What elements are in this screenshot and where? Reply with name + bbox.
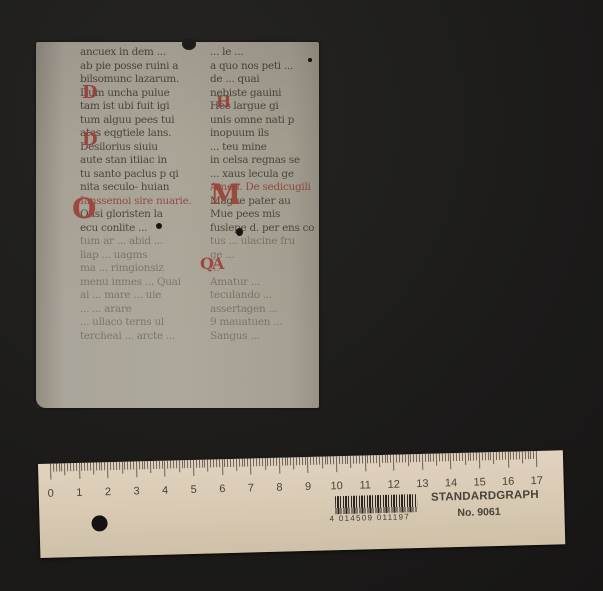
ruler-tick [204, 460, 205, 468]
ruler-tick [156, 461, 157, 469]
red-initial-h: H [216, 92, 231, 111]
ruler-tick [290, 457, 291, 465]
manuscript-line: Dum uncha pulue [80, 87, 192, 101]
ruler-tick [93, 463, 94, 475]
ruler-tick [150, 461, 151, 473]
ruler-tick [293, 457, 294, 469]
ruler-tick [393, 455, 394, 471]
ruler-tick [510, 452, 511, 460]
ruler-tick [161, 461, 162, 469]
ruler-tick [402, 454, 403, 462]
ruler-tick [362, 455, 363, 463]
ruler-tick [184, 460, 185, 468]
red-initial-d: D [82, 129, 98, 150]
ruler-tick [322, 457, 323, 469]
manuscript-line: ancuex in dem ... [80, 46, 192, 60]
ruler-tick [187, 460, 188, 468]
ruler-tick [59, 463, 60, 471]
ruler-tick [453, 453, 454, 461]
ruler-tick [330, 456, 331, 464]
manuscript-line: nita seculo- huian [80, 181, 192, 195]
ruler-tick [310, 457, 311, 465]
ruler-tick [533, 451, 534, 459]
manuscript-line: Desilorius siuiu [80, 141, 192, 155]
ruler-label: 11 [359, 479, 371, 491]
ruler-tick [256, 458, 257, 466]
ruler-tick [133, 461, 134, 469]
manuscript-line: 9 mauatuen ... [210, 316, 314, 330]
ruler-tick [473, 453, 474, 461]
manuscript-line: teculando ... [210, 289, 314, 303]
ruler-tick [359, 456, 360, 464]
manuscript-line: ... [210, 262, 314, 276]
ruler-tick [141, 461, 142, 469]
ruler-tick [130, 462, 131, 470]
ruler-tick [487, 452, 488, 460]
ruler-label: 1 [76, 487, 82, 499]
barcode-number: 4 014509 011197 [329, 512, 410, 523]
ruler-tick [127, 462, 128, 470]
ruler-tick [347, 456, 348, 464]
manuscript-line: ai ... mare ... uie [80, 289, 192, 303]
ruler-tick [90, 463, 91, 471]
ruler-tick [227, 459, 228, 467]
ruler-tick [193, 460, 194, 476]
ruler-tick [450, 453, 451, 469]
ruler-tick [147, 461, 148, 469]
manuscript-leaf: ancuex in dem ...ab pie posse ruini abil… [36, 42, 319, 408]
ruler-label: 17 [531, 475, 544, 487]
manuscript-line: tum alguu pees tui [80, 114, 192, 128]
red-initial-q: Q [200, 254, 214, 273]
manuscript-line: in celsa regnas se [210, 154, 314, 168]
ruler-label: 6 [219, 483, 225, 495]
ruler-tick [399, 455, 400, 463]
manuscript-line: Hec largue gi [210, 100, 314, 114]
ruler-tick [282, 458, 283, 466]
ruler-tick [447, 453, 448, 461]
ruler-tick [430, 454, 431, 462]
ruler-tick [247, 458, 248, 466]
ruler-tick [53, 464, 54, 472]
manuscript-line: Amen. De sedicugili [210, 181, 314, 195]
ruler-label: 13 [416, 478, 429, 490]
manuscript-right-column: ... le ...a quo nos peti ...de ... quain… [210, 46, 314, 343]
ruler-tick [176, 460, 177, 468]
ruler-tick [344, 456, 345, 464]
manuscript-line: ecu conlite ... [80, 222, 192, 236]
ruler-tick [104, 462, 105, 470]
ruler-tick [425, 454, 426, 462]
manuscript-line: fuslepe d. per ens co [210, 222, 314, 236]
ruler-tick [236, 459, 237, 471]
ruler-tick [216, 459, 217, 467]
ruler-tick [296, 457, 297, 465]
manuscript-line: Sangus ... [210, 330, 314, 344]
ruler-tick [279, 458, 280, 474]
ruler-tick [136, 461, 137, 477]
red-initial-a: A [212, 254, 224, 273]
ruler-tick [493, 452, 494, 464]
manuscript-line: Mague pater au [210, 195, 314, 209]
ruler-tick [339, 456, 340, 464]
ruler-tick [70, 463, 71, 471]
ruler-label: 14 [445, 477, 458, 489]
worm-hole [308, 58, 312, 62]
ruler-tick [427, 454, 428, 462]
ruler-tick [324, 456, 325, 464]
ruler-label: 2 [105, 486, 111, 498]
manuscript-line: Amatur ... [210, 276, 314, 290]
manuscript-line: Ianssemoi sire nuarie. [80, 195, 192, 209]
ruler-tick [419, 454, 420, 462]
ruler-tick [465, 453, 466, 465]
manuscript-line: unis omne nati p [210, 114, 314, 128]
manuscript-line: liap ... uagms [80, 249, 192, 263]
manuscript-line: ... xaus lecula ge [210, 168, 314, 182]
ruler-tick [116, 462, 117, 470]
ruler-tick [302, 457, 303, 465]
manuscript-line: a quo nos peti ... [210, 60, 314, 74]
ruler-tick [199, 460, 200, 468]
manuscript-line: ma ... rimgionsiz [80, 262, 192, 276]
ruler-tick [113, 462, 114, 470]
manuscript-line: tus ... ulacine fru [210, 235, 314, 249]
ruler-tick [482, 452, 483, 460]
ruler-tick [316, 457, 317, 465]
ruler-tick [387, 455, 388, 463]
ruler-tick [299, 457, 300, 465]
ruler-tick [382, 455, 383, 463]
ruler-tick [110, 462, 111, 470]
ruler-tick [327, 456, 328, 464]
ruler-tick [390, 455, 391, 463]
ruler-tick [267, 458, 268, 466]
ruler-tick [507, 452, 508, 468]
ruler-tick [456, 453, 457, 461]
ruler-tick [224, 459, 225, 467]
ruler-label: 7 [248, 482, 254, 494]
manuscript-line: ge ... [210, 249, 314, 263]
manuscript-line: tercheai ... arcte ... [80, 330, 192, 344]
ruler-tick [239, 459, 240, 467]
ruler-tick [76, 463, 77, 471]
ruler-tick [181, 460, 182, 468]
ruler-tick [87, 463, 88, 471]
ruler-tick [259, 458, 260, 466]
ruler-tick [167, 461, 168, 469]
ruler-tick [99, 462, 100, 470]
ruler-tick [313, 457, 314, 465]
ruler-tick [367, 455, 368, 463]
ruler-tick [436, 454, 437, 466]
worm-hole [236, 228, 243, 236]
ruler-tick [179, 460, 180, 472]
ruler-model: No. 9061 [457, 506, 501, 519]
ruler-tick [416, 454, 417, 462]
worm-hole [156, 223, 162, 229]
ruler-tick [304, 457, 305, 465]
ruler-tick [101, 462, 102, 470]
ruler-tick [210, 459, 211, 467]
ruler-tick [459, 453, 460, 461]
ruler-tick [119, 462, 120, 470]
ruler-tick [536, 451, 537, 467]
ruler-label: 4 [162, 485, 168, 497]
ruler-tick [164, 461, 165, 477]
manuscript-line: tu santo paclus p qi [80, 168, 192, 182]
ruler-tick [530, 451, 531, 459]
manuscript-line: de ... quai [210, 73, 314, 87]
ruler-tick [190, 460, 191, 468]
ruler-tick [270, 458, 271, 466]
ruler-tick [202, 460, 203, 468]
ruler-tick [413, 454, 414, 462]
ruler-tick [422, 454, 423, 470]
ruler-tick [499, 452, 500, 460]
ruler-tick [233, 459, 234, 467]
leaf-notch [182, 38, 196, 50]
ruler-tick [124, 462, 125, 470]
ruler-tick [244, 459, 245, 467]
ruler-tick [319, 457, 320, 465]
manuscript-line: tam ist ubi fuit igi [80, 100, 192, 114]
ruler-tick [462, 453, 463, 461]
ruler-tick [67, 463, 68, 471]
ruler-tick [96, 462, 97, 470]
manuscript-line: ab pie posse ruini a [80, 60, 192, 74]
ruler-tick [64, 463, 65, 475]
manuscript-line: Onsi gloristen la [80, 208, 192, 222]
ruler-tick [73, 463, 74, 471]
ruler-tick [525, 451, 526, 459]
ruler-tick [196, 460, 197, 468]
ruler-label: 8 [276, 482, 282, 494]
ruler-tick [284, 458, 285, 466]
ruler-tick [219, 459, 220, 467]
ruler-label: 15 [473, 476, 486, 488]
manuscript-line: tum ar ... abid ... [80, 235, 192, 249]
ruler-tick [370, 455, 371, 463]
ruler-tick [376, 455, 377, 463]
ruler-tick [84, 463, 85, 471]
ruler-tick [107, 462, 108, 478]
manuscript-line: ... teu mine [210, 141, 314, 155]
ruler-label: 10 [330, 480, 343, 492]
ruler-tick [144, 461, 145, 469]
ruler-tick [222, 459, 223, 475]
ruler-tick [442, 453, 443, 461]
manuscript-line: nebiste gauini [210, 87, 314, 101]
manuscript-line: ... ... arare [80, 303, 192, 317]
ruler-tick [50, 464, 51, 480]
ruler-tick [336, 456, 337, 472]
manuscript-line: bilsomunc lazarum. [80, 73, 192, 87]
ruler-tick [407, 454, 408, 466]
ruler-tick [445, 453, 446, 461]
ruler-tick [61, 463, 62, 471]
ruler-tick [467, 453, 468, 461]
ruler-tick [307, 457, 308, 473]
ruler-tick [527, 451, 528, 459]
manuscript-line: inopuum ils [210, 127, 314, 141]
ruler-label: 5 [191, 484, 197, 496]
barcode [335, 494, 417, 514]
ruler-tick [364, 455, 365, 471]
manuscript-line: ... le ... [210, 46, 314, 60]
ruler-tick [264, 458, 265, 470]
ruler-tick [396, 455, 397, 463]
ruler-tick [81, 463, 82, 471]
ruler-tick [273, 458, 274, 466]
ruler-tick [479, 452, 480, 468]
ruler-tick [485, 452, 486, 460]
wooden-ruler: 01234567891011121314151617 4 014509 0111… [38, 450, 565, 558]
ruler-tick [56, 464, 57, 472]
ruler-label: 12 [388, 479, 401, 491]
ruler-tick [356, 456, 357, 464]
ruler-tick [276, 458, 277, 466]
ruler-tick [384, 455, 385, 463]
ruler-tick [262, 458, 263, 466]
manuscript-line: menu inmes ... Quai [80, 276, 192, 290]
ruler-tick [439, 453, 440, 461]
ruler-tick [470, 453, 471, 461]
ruler-tick [353, 456, 354, 464]
ruler-tick [373, 455, 374, 463]
manuscript-line: aute stan itiiac in [80, 154, 192, 168]
ruler-tick [287, 457, 288, 465]
ruler-tick [121, 462, 122, 474]
ruler-tick [153, 461, 154, 469]
ruler-tick [342, 456, 343, 464]
ruler-tick [379, 455, 380, 467]
ruler-label: 0 [48, 488, 54, 500]
manuscript-left-column: ancuex in dem ...ab pie posse ruini abil… [80, 46, 192, 343]
ruler-tick [490, 452, 491, 460]
ruler-tick [173, 460, 174, 468]
manuscript-line: Mue pees mis [210, 208, 314, 222]
ruler-tick [79, 463, 80, 479]
ruler-tick [207, 460, 208, 472]
ruler-hang-hole [91, 515, 107, 531]
red-initial-m: M [210, 178, 241, 211]
ruler-label: 3 [133, 485, 139, 497]
ruler-tick [502, 452, 503, 460]
manuscript-line: ... ullaco terns ul [80, 316, 192, 330]
ruler-tick [242, 459, 243, 467]
ruler-tick [410, 454, 411, 462]
ruler-tick [253, 458, 254, 466]
red-initial-o: O [72, 192, 96, 225]
ruler-tick [139, 461, 140, 469]
ruler-tick [516, 451, 517, 459]
ruler-tick [250, 458, 251, 474]
manuscript-line: assertagen ... [210, 303, 314, 317]
ruler-tick [496, 452, 497, 460]
ruler-brand: STANDARDGRAPH [431, 489, 539, 504]
manuscript-line: ates eqgtiele lans. [80, 127, 192, 141]
ruler-tick [505, 452, 506, 460]
ruler-tick [213, 459, 214, 467]
ruler-tick [476, 453, 477, 461]
ruler-tick [513, 452, 514, 460]
red-initial-d: D [82, 82, 98, 103]
ruler-label: 9 [305, 481, 311, 493]
ruler-tick [170, 461, 171, 469]
ruler-tick [433, 454, 434, 462]
ruler-tick [333, 456, 334, 464]
ruler-tick [159, 461, 160, 469]
ruler-tick [230, 459, 231, 467]
ruler-label: 16 [502, 476, 515, 488]
ruler-tick [350, 456, 351, 468]
ruler-tick [404, 454, 405, 462]
ruler-tick [519, 451, 520, 459]
ruler-tick [522, 451, 523, 463]
